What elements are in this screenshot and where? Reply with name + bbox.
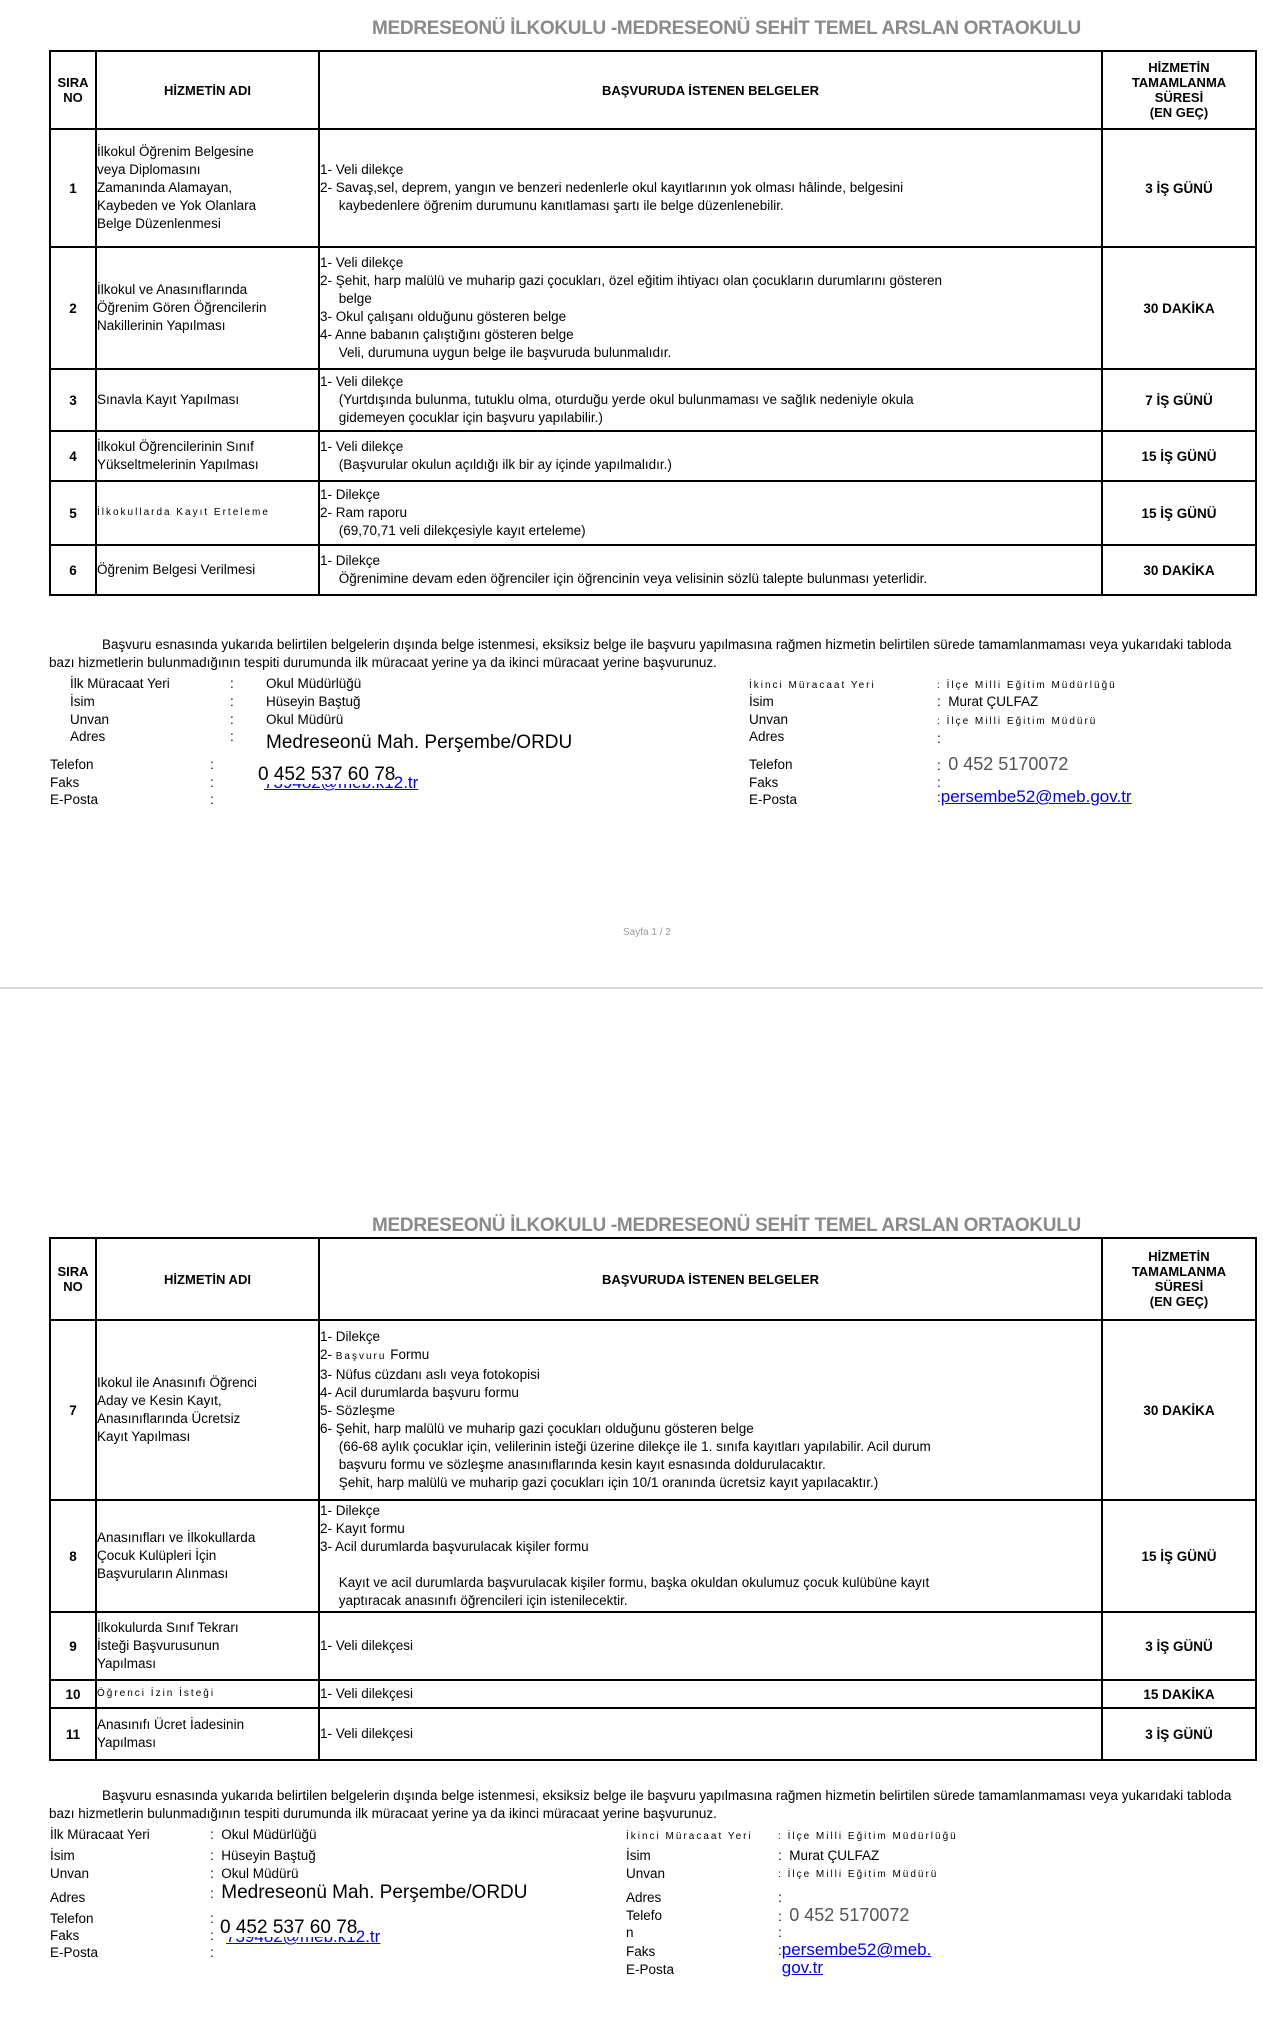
service-name: Ikokul ile Anasınıfı ÖğrenciAday ve Kesi… xyxy=(96,1320,319,1500)
service-name: İlkokul ve AnasınıflarındaÖğrenim Gören … xyxy=(96,247,319,369)
second-phone-value: : 0 452 5170072 xyxy=(937,756,1068,774)
completion-time: 3 İŞ GÜNÜ xyxy=(1102,1708,1256,1760)
row-number: 5 xyxy=(50,481,96,545)
service-name: Öğrenim Belgesi Verilmesi xyxy=(96,545,319,595)
header-documents: BAŞVURUDA İSTENEN BELGELER xyxy=(319,1238,1102,1320)
row-number: 9 xyxy=(50,1612,96,1680)
row-number: 1 xyxy=(50,129,96,247)
table-header: SIRANO HİZMETİN ADI BAŞVURUDA İSTENEN BE… xyxy=(50,51,1256,129)
row-number: 6 xyxy=(50,545,96,595)
required-documents: 1- Dilekçe2- Başvuru Formu3- Nüfus cüzda… xyxy=(319,1320,1102,1500)
row-number: 2 xyxy=(50,247,96,369)
row-number: 8 xyxy=(50,1500,96,1612)
completion-time: 30 DAKİKA xyxy=(1102,545,1256,595)
completion-time: 7 İŞ GÜNÜ xyxy=(1102,369,1256,431)
second-title-value: : İlçe Milli Eğitim Müdürü xyxy=(778,1866,938,1883)
services-table-page-2: SIRANO HİZMETİN ADI BAŞVURUDA İSTENEN BE… xyxy=(49,1237,1257,1761)
first-title-value: Okul Müdürü xyxy=(266,711,343,728)
completion-time: 15 DAKİKA xyxy=(1102,1680,1256,1708)
table-row: 7Ikokul ile Anasınıfı ÖğrenciAday ve Kes… xyxy=(50,1320,1256,1500)
table-row: 10Öğrenci İzin İsteği1- Veli dilekçesi15… xyxy=(50,1680,1256,1708)
service-name: Anasınıfları ve İlkokullardaÇocuk Kulüpl… xyxy=(96,1500,319,1612)
first-address-value: Medreseonü Mah. Perşembe/ORDU xyxy=(266,734,572,751)
completion-time: 15 İŞ GÜNÜ xyxy=(1102,431,1256,481)
table-row: 1İlkokul Öğrenim Belgesineveya Diploması… xyxy=(50,129,1256,247)
first-title-value: : Okul Müdürü xyxy=(210,1865,299,1882)
completion-time: 3 İŞ GÜNÜ xyxy=(1102,1612,1256,1680)
completion-time: 15 İŞ GÜNÜ xyxy=(1102,1500,1256,1612)
first-address-value: : Medreseonü Mah. Perşembe/ORDU xyxy=(210,1884,528,1902)
service-name: İlkokullarda Kayıt Erteleme xyxy=(96,481,319,545)
header-no: SIRANO xyxy=(50,1238,96,1320)
service-name: İlkokul Öğrencilerinin SınıfYükseltmeler… xyxy=(96,431,319,481)
second-phone-value: : 0 452 5170072 xyxy=(778,1907,909,1925)
table-row: 4İlkokul Öğrencilerinin SınıfYükseltmele… xyxy=(50,431,1256,481)
completion-time: 15 İŞ GÜNÜ xyxy=(1102,481,1256,545)
first-phone-value: 0 452 537 60 78 xyxy=(220,1919,357,1937)
second-email-link[interactable]: :persembe52@meb. gov.tr xyxy=(778,1941,931,1977)
table-row: 9İlkokulurda Sınıf Tekrarıİsteği Başvuru… xyxy=(50,1612,1256,1680)
second-heading-value: : İlçe Milli Eğitim Müdürlüğü xyxy=(778,1828,958,1845)
header-no: SIRANO xyxy=(50,51,96,129)
service-name: Öğrenci İzin İsteği xyxy=(96,1680,319,1708)
contact-info-page-1: İlk Müracaat Yeri : Okul Müdürlüğü İsim … xyxy=(0,674,1263,814)
required-documents: 1- Veli dilekçe (Başvurular okulun açıld… xyxy=(319,431,1102,481)
second-name-value: : Murat ÇULFAZ xyxy=(778,1847,879,1864)
header-duration: HİZMETİNTAMAMLANMASÜRESİ(EN GEÇ) xyxy=(1102,51,1256,129)
table-row: 3Sınavla Kayıt Yapılması1- Veli dilekçe … xyxy=(50,369,1256,431)
service-name: İlkokul Öğrenim Belgesineveya Diplomasın… xyxy=(96,129,319,247)
row-number: 11 xyxy=(50,1708,96,1760)
second-email-link[interactable]: persembe52@meb.gov.tr xyxy=(941,787,1132,806)
first-heading-value: : Okul Müdürlüğü xyxy=(210,1826,317,1843)
second-title-value: : İlçe Milli Eğitim Müdürü xyxy=(937,713,1097,730)
row-number: 10 xyxy=(50,1680,96,1708)
row-number: 7 xyxy=(50,1320,96,1500)
service-name: Sınavla Kayıt Yapılması xyxy=(96,369,319,431)
required-documents: 1- Veli dilekçesi xyxy=(319,1708,1102,1760)
required-documents: 1- Veli dilekçesi xyxy=(319,1680,1102,1708)
document-title: MEDRESEONÜ İLKOKULU -MEDRESEONÜ SEHİT TE… xyxy=(372,1215,1081,1237)
required-documents: 1- Dilekçe Öğrenimine devam eden öğrenci… xyxy=(319,545,1102,595)
header-documents: BAŞVURUDA İSTENEN BELGELER xyxy=(319,51,1102,129)
page-separator xyxy=(0,987,1263,989)
first-heading-label: İlk Müracaat Yeri xyxy=(70,675,170,692)
completion-time: 30 DAKİKA xyxy=(1102,247,1256,369)
first-name-value: : Hüseyin Baştuğ xyxy=(210,1847,316,1864)
required-documents: 1- Dilekçe2- Ram raporu (69,70,71 veli d… xyxy=(319,481,1102,545)
row-number: 3 xyxy=(50,369,96,431)
page-number: Sayfa 1 / 2 xyxy=(623,927,671,938)
first-heading-value: Okul Müdürlüğü xyxy=(266,675,361,692)
footer-note: Başvuru esnasında yukarıda belirtilen be… xyxy=(49,1787,1259,1823)
completion-time: 3 İŞ GÜNÜ xyxy=(1102,129,1256,247)
table-row: 11Anasınıfı Ücret İadesininYapılması1- V… xyxy=(50,1708,1256,1760)
second-name-value: : Murat ÇULFAZ xyxy=(937,693,1038,710)
contact-info-page-2: İlk Müracaat Yeri : Okul Müdürlüğü İsim … xyxy=(0,1826,1263,2026)
table-row: 5İlkokullarda Kayıt Erteleme1- Dilekçe2-… xyxy=(50,481,1256,545)
required-documents: 1- Veli dilekçe2- Şehit, harp malülü ve … xyxy=(319,247,1102,369)
table-row: 2İlkokul ve AnasınıflarındaÖğrenim Gören… xyxy=(50,247,1256,369)
second-heading-label: İkinci Müracaat Yeri xyxy=(626,1828,753,1845)
header-service: HİZMETİN ADI xyxy=(96,51,319,129)
second-heading-value: : İlçe Milli Eğitim Müdürlüğü xyxy=(937,677,1117,694)
required-documents: 1- Veli dilekçe2- Savaş,sel, deprem, yan… xyxy=(319,129,1102,247)
required-documents: 1- Veli dilekçesi xyxy=(319,1612,1102,1680)
service-name: İlkokulurda Sınıf Tekrarıİsteği Başvurus… xyxy=(96,1612,319,1680)
first-phone-value: 0 452 537 60 78 xyxy=(258,766,395,784)
header-service: HİZMETİN ADI xyxy=(96,1238,319,1320)
required-documents: 1- Dilekçe2- Kayıt formu3- Acil durumlar… xyxy=(319,1500,1102,1612)
table-row: 8Anasınıfları ve İlkokullardaÇocuk Kulüp… xyxy=(50,1500,1256,1612)
document-title: MEDRESEONÜ İLKOKULU -MEDRESEONÜ SEHİT TE… xyxy=(372,18,1081,40)
services-table-page-1: SIRANO HİZMETİN ADI BAŞVURUDA İSTENEN BE… xyxy=(49,50,1257,596)
service-name: Anasınıfı Ücret İadesininYapılması xyxy=(96,1708,319,1760)
first-name-value: Hüseyin Baştuğ xyxy=(266,693,361,710)
required-documents: 1- Veli dilekçe (Yurtdışında bulunma, tu… xyxy=(319,369,1102,431)
table-header: SIRANO HİZMETİN ADI BAŞVURUDA İSTENEN BE… xyxy=(50,1238,1256,1320)
row-number: 4 xyxy=(50,431,96,481)
completion-time: 30 DAKİKA xyxy=(1102,1320,1256,1500)
second-heading-label: İkinci Müracaat Yeri xyxy=(749,677,876,694)
footer-note: Başvuru esnasında yukarıda belirtilen be… xyxy=(49,636,1259,672)
table-row: 6Öğrenim Belgesi Verilmesi1- Dilekçe Öğr… xyxy=(50,545,1256,595)
header-duration: HİZMETİNTAMAMLANMASÜRESİ(EN GEÇ) xyxy=(1102,1238,1256,1320)
